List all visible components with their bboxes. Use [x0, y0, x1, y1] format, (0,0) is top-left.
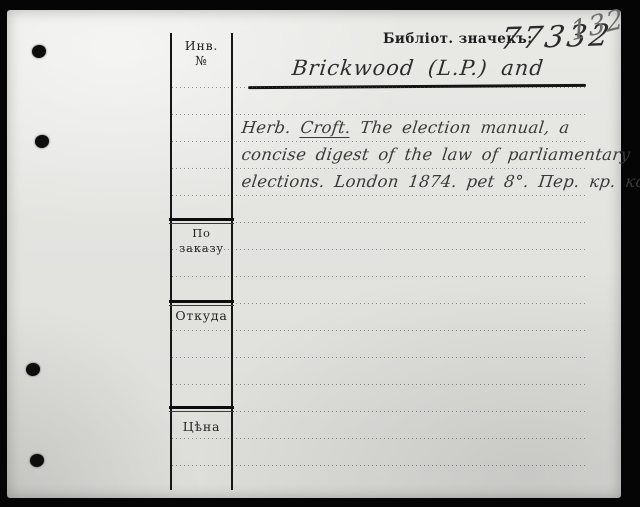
column-label-origin: Откуда [170, 308, 233, 323]
ruled-line [236, 438, 588, 439]
ruled-line [172, 438, 232, 439]
ruled-line [172, 168, 232, 169]
ruled-line [236, 195, 588, 196]
scanned-catalog-card: Инв. № По заказу Откуда Цѣна Библіот. зн… [0, 0, 640, 507]
card-paper [7, 10, 621, 498]
ruled-line [172, 195, 232, 196]
ruled-line [172, 276, 232, 277]
ruled-line [236, 411, 588, 412]
ruled-line [172, 141, 232, 142]
ruled-line [172, 87, 232, 88]
column-separator [169, 406, 234, 412]
punch-hole [32, 45, 46, 58]
ruled-line [172, 249, 232, 250]
ruled-line [236, 384, 588, 385]
punch-hole [35, 135, 49, 148]
column-label-inventory-number: Инв. № [170, 38, 233, 68]
ruled-line [236, 465, 588, 466]
column-separator [169, 218, 234, 224]
ruled-line [236, 276, 588, 277]
entry-line: concise digest of the law of parliamenta… [240, 142, 595, 168]
entry-heading: Brickwood (L.P.) and [249, 56, 588, 80]
entry-line1-pre: Herb. [240, 118, 301, 137]
column-label-price: Цѣна [170, 419, 233, 434]
ruled-line [172, 384, 232, 385]
ruled-line [172, 330, 232, 331]
ruled-line [236, 114, 588, 115]
entry-line1-rest: The election manual, a [350, 118, 571, 137]
entry-line: elections. London 1874. pet 8°. Пер. кр.… [240, 169, 595, 195]
ruled-line [236, 249, 588, 250]
ruled-line [172, 357, 232, 358]
column-separator [169, 300, 234, 306]
ruled-line [236, 222, 588, 223]
column-label-by-order: По заказу [170, 226, 233, 256]
entry-line: Herb. Croft. The election manual, a [240, 115, 595, 141]
ruled-line [236, 357, 588, 358]
punch-hole [30, 454, 44, 467]
ruled-line [236, 168, 588, 169]
punch-hole [26, 363, 40, 376]
ruled-line [236, 87, 588, 88]
entry-line1-underlined: Croft. [299, 118, 352, 138]
ruled-line [172, 114, 232, 115]
ruled-line [236, 303, 588, 304]
ruled-line [172, 465, 232, 466]
ruled-line [236, 141, 588, 142]
ruled-line [236, 330, 588, 331]
